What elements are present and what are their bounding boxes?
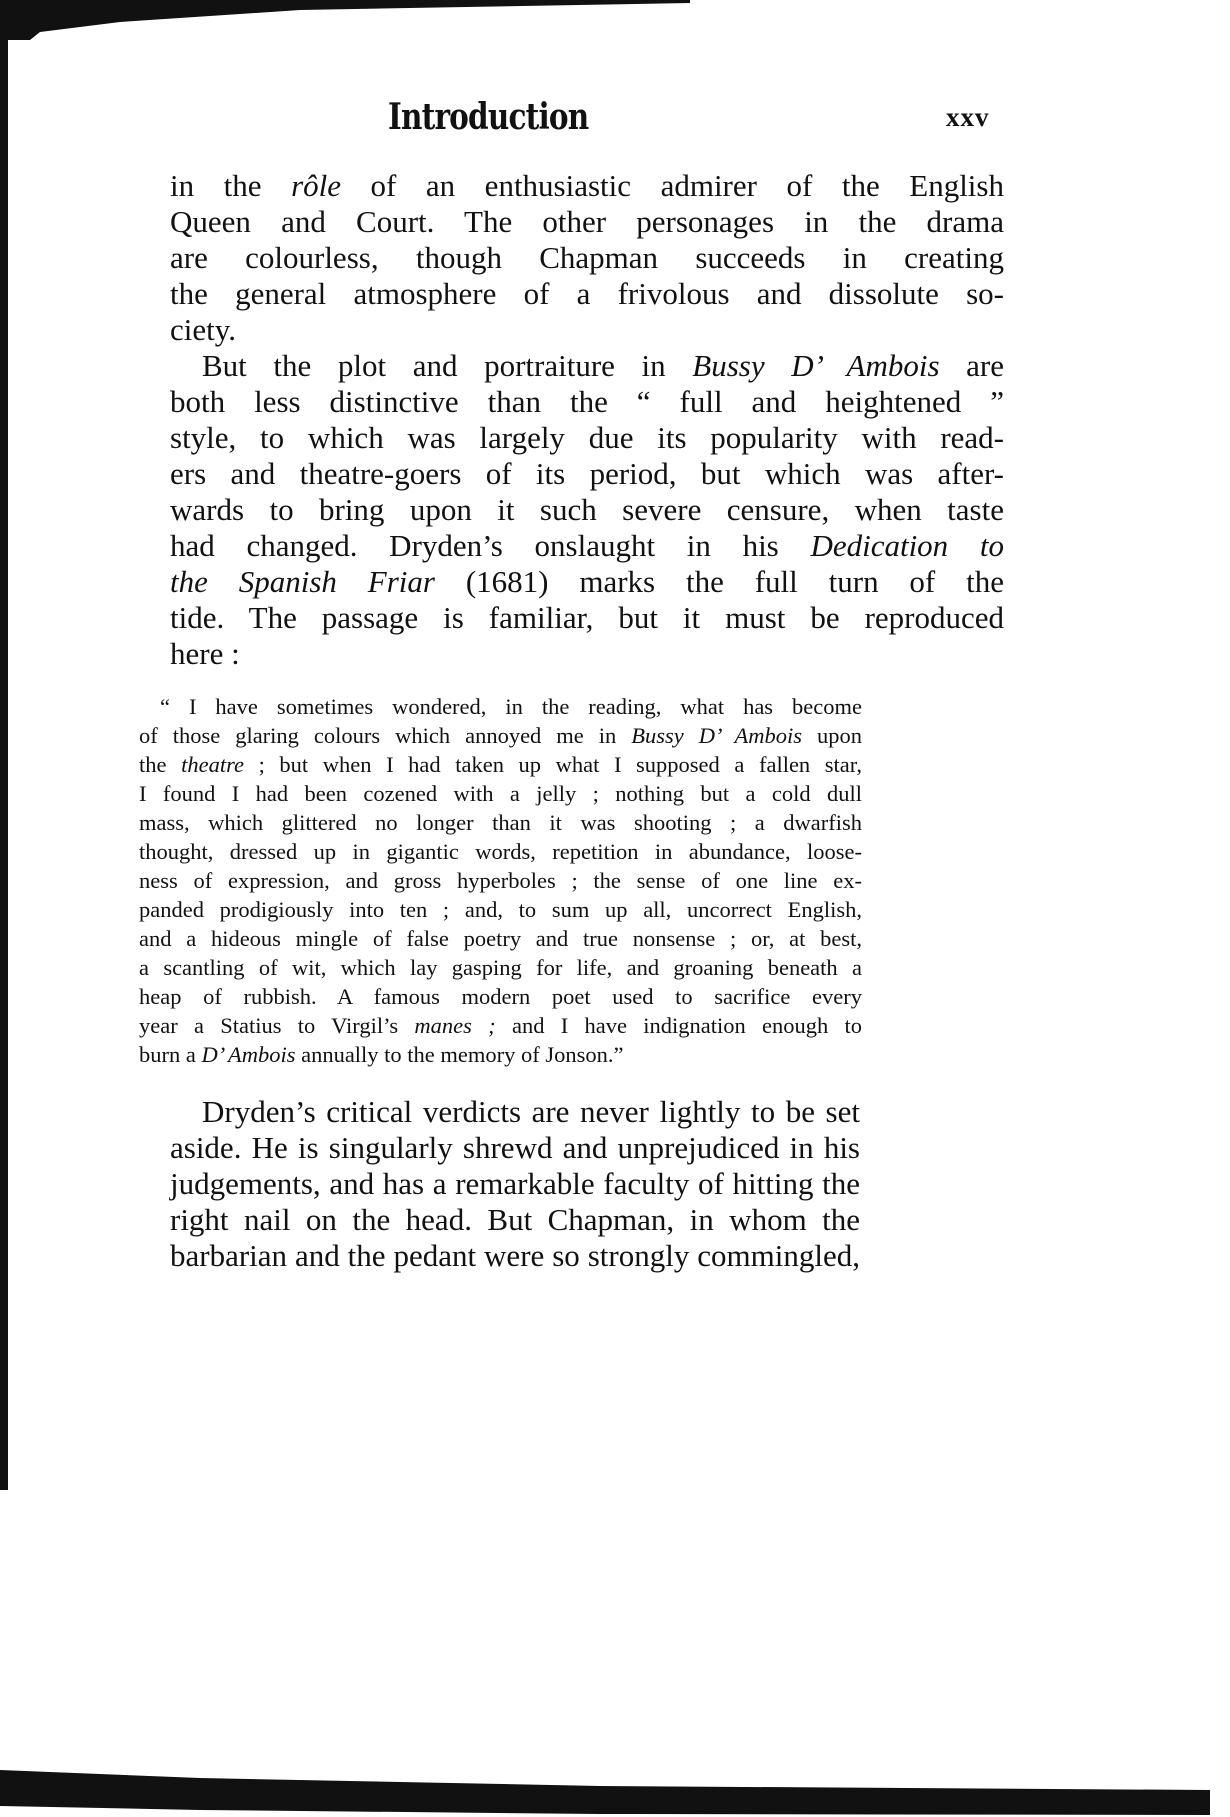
- running-title: Introduction: [388, 96, 588, 138]
- quote-line: I found I had been cozened with a jelly …: [139, 781, 862, 807]
- scan-edge-bottom: [0, 1770, 1230, 1817]
- body-line: are colourless, though Chapman succeeds …: [170, 240, 1004, 276]
- quote-line: and a hideous mingle of false poetry and…: [139, 926, 862, 952]
- quote-line: a scantling of wit, which lay gasping fo…: [139, 955, 862, 981]
- body-line: right nail on the head. But Chapman, in …: [170, 1202, 860, 1238]
- scan-edge-top: [0, 0, 690, 40]
- quote-line: “ I have sometimes wondered, in the read…: [160, 694, 862, 720]
- body-line: style, to which was largely due its popu…: [170, 420, 1004, 456]
- body-line: the Spanish Friar (1681) marks the full …: [170, 564, 1004, 600]
- quote-line: year a Statius to Virgil’s manes ; and I…: [139, 1013, 862, 1039]
- body-line: Dryden’s critical verdicts are never lig…: [202, 1094, 860, 1130]
- running-head: Introduction xxv: [0, 96, 1230, 146]
- body-line: ciety.: [170, 312, 1004, 348]
- body-line: ers and theatre-goers of its period, but…: [170, 456, 1004, 492]
- quote-line: ness of expression, and gross hyperboles…: [139, 868, 862, 894]
- body-line: both less distinctive than the “ full an…: [170, 384, 1004, 420]
- quote-line: of those glaring colours which annoyed m…: [139, 723, 862, 749]
- body-line: judgements, and has a remarkable faculty…: [170, 1166, 860, 1202]
- body-line: Queen and Court. The other personages in…: [170, 204, 1004, 240]
- body-line: the general atmosphere of a frivolous an…: [170, 276, 1004, 312]
- quote-line: heap of rubbish. A famous modern poet us…: [139, 984, 862, 1010]
- page-number: xxv: [946, 102, 990, 133]
- body-line: here :: [170, 636, 1004, 672]
- body-line: barbarian and the pedant were so strongl…: [170, 1238, 860, 1274]
- body-line: tide. The passage is familiar, but it mu…: [170, 600, 1004, 636]
- scan-edge-left: [0, 30, 8, 1490]
- quote-line: thought, dressed up in gigantic words, r…: [139, 839, 862, 865]
- body-line: in the rôle of an enthusiastic admirer o…: [170, 168, 1004, 204]
- body-line: aside. He is singularly shrewd and unpre…: [170, 1130, 860, 1166]
- quote-line: burn a D’ Ambois annually to the memory …: [139, 1042, 862, 1068]
- quote-line: the theatre ; but when I had taken up wh…: [139, 752, 862, 778]
- body-line: But the plot and portraiture in Bussy D’…: [202, 348, 1004, 384]
- body-line: wards to bring upon it such severe censu…: [170, 492, 1004, 528]
- body-line: had changed. Dryden’s onslaught in his D…: [170, 528, 1004, 564]
- quote-line: mass, which glittered no longer than it …: [139, 810, 862, 836]
- quote-line: panded prodigiously into ten ; and, to s…: [139, 897, 862, 923]
